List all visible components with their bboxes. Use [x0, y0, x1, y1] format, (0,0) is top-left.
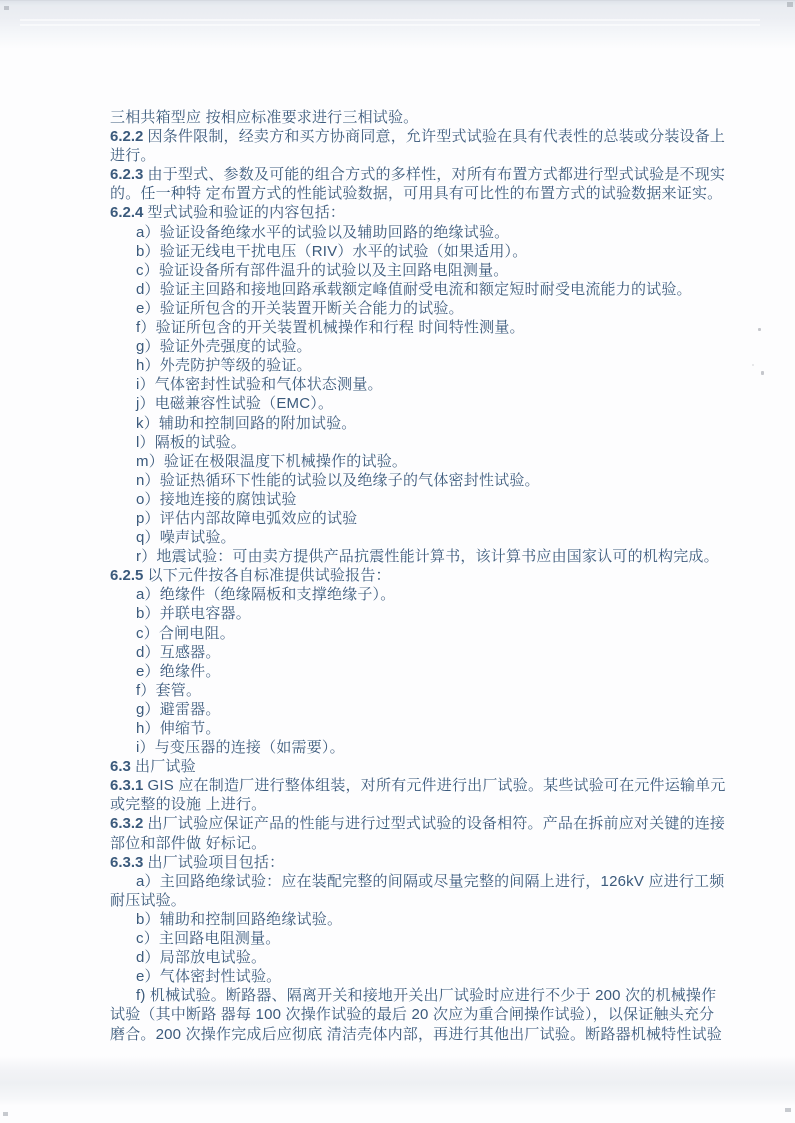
text-line: h）伸缩节。: [110, 719, 695, 738]
text-line: 试验（其中断路 器每 100 次操作试验的最后 20 次应为重合闸操作试验），以…: [110, 1005, 695, 1024]
text-line: a）主回路绝缘试验：应在装配完整的间隔或尽量完整的间隔上进行，126kV 应进行…: [110, 872, 695, 891]
text-line: 6.3 出厂试验: [110, 757, 695, 776]
scan-corner-mark-top-right: [787, 2, 793, 7]
text-line: i）与变压器的连接（如需要）。: [110, 738, 695, 757]
text-line: l）隔板的试验。: [110, 433, 695, 452]
text-line: k）辅助和控制回路的附加试验。: [110, 414, 695, 433]
text-line: e）绝缘件。: [110, 662, 695, 681]
clause-number: 6.3: [110, 758, 135, 775]
scan-speck: [752, 364, 754, 366]
text-line: 6.2.3 由于型式、参数及可能的组合方式的多样性，对所有布置方式都进行型式试验…: [110, 165, 695, 184]
text-line: e）气体密封性试验。: [110, 967, 695, 986]
text-line: b）并联电容器。: [110, 604, 695, 623]
text-line: 6.3.3 出厂试验项目包括：: [110, 853, 695, 872]
text-line: b）辅助和控制回路绝缘试验。: [110, 910, 695, 929]
text-line: d）验证主回路和接地回路承载额定峰值耐受电流和额定短时耐受电流能力的试验。: [110, 280, 695, 299]
text-line: 磨合。200 次操作完成后应彻底 清洁壳体内部，再进行其他出厂试验。断路器机械特…: [110, 1025, 695, 1044]
text-line: a）验证设备绝缘水平的试验以及辅助回路的绝缘试验。: [110, 223, 695, 242]
text-line: 耐压试验。: [110, 891, 695, 910]
clause-number: 6.2.5: [110, 567, 148, 584]
text-line: d）局部放电试验。: [110, 948, 695, 967]
text-line: c）主回路电阻测量。: [110, 929, 695, 948]
text-line: q）噪声试验。: [110, 528, 695, 547]
text-line: m）验证在极限温度下机械操作的试验。: [110, 452, 695, 471]
scan-shadow-bottom: [0, 1056, 795, 1106]
scan-shadow-top: [0, 0, 795, 49]
text-line: p）评估内部故障电弧效应的试验: [110, 509, 695, 528]
document-text-block: 三相共箱型应 按相应标准要求进行三相试验。6.2.2 因条件限制，经卖方和买方协…: [110, 108, 695, 1044]
text-line: f）验证所包含的开关装置机械操作和行程 时间特性测量。: [110, 318, 695, 337]
clause-number: 6.2.4: [110, 204, 148, 221]
clause-number: 6.2.3: [110, 166, 148, 183]
scan-speck: [761, 371, 764, 375]
scan-corner-mark-top-left: [4, 6, 9, 10]
text-line: j）电磁兼容性试验（EMC）。: [110, 394, 695, 413]
text-line: o）接地连接的腐蚀试验: [110, 490, 695, 509]
scanned-document-page: 三相共箱型应 按相应标准要求进行三相试验。6.2.2 因条件限制，经卖方和买方协…: [0, 0, 795, 1123]
text-line: g）避雷器。: [110, 700, 695, 719]
text-line: g）验证外壳强度的试验。: [110, 337, 695, 356]
text-line: 三相共箱型应 按相应标准要求进行三相试验。: [110, 108, 695, 127]
text-line: 6.2.5 以下元件按各自标准提供试验报告：: [110, 566, 695, 585]
scan-corner-mark-bottom-left: [3, 1112, 8, 1116]
text-line: c）合闸电阻。: [110, 624, 695, 643]
clause-number: 6.2.2: [110, 128, 148, 145]
text-line: r）地震试验：可由卖方提供产品抗震性能计算书，该计算书应由国家认可的机构完成。: [110, 547, 695, 566]
text-line: a）绝缘件（绝缘隔板和支撑绝缘子）。: [110, 585, 695, 604]
text-line: 6.2.2 因条件限制，经卖方和买方协商同意，允许型式试验在具有代表性的总装或分…: [110, 127, 695, 146]
text-line: i）气体密封性试验和气体状态测量。: [110, 375, 695, 394]
text-line: n）验证热循环下性能的试验以及绝缘子的气体密封性试验。: [110, 471, 695, 490]
text-line: 的。任一种特 定布置方式的性能试验数据，可用具有可比性的布置方式的试验数据来证实…: [110, 184, 695, 203]
clause-number: 6.3.3: [110, 854, 148, 871]
text-line: 6.2.4 型式试验和验证的内容包括：: [110, 203, 695, 222]
text-line: 部位和部件做 好标记。: [110, 834, 695, 853]
text-line: b）验证无线电干扰电压（RIV）水平的试验（如果适用）。: [110, 242, 695, 261]
text-line: 6.3.1 GIS 应在制造厂进行整体组装，对所有元件进行出厂试验。某些试验可在…: [110, 776, 695, 795]
scan-corner-mark-bottom-right: [785, 1108, 791, 1112]
text-line: e）验证所包含的开关装置开断关合能力的试验。: [110, 299, 695, 318]
clause-number: 6.3.2: [110, 815, 148, 832]
text-line: 进行。: [110, 146, 695, 165]
text-line: d）互感器。: [110, 643, 695, 662]
text-line: f) 机械试验。断路器、隔离开关和接地开关出厂试验时应进行不少于 200 次的机…: [110, 986, 695, 1005]
text-line: c）验证设备所有部件温升的试验以及主回路电阻测量。: [110, 261, 695, 280]
text-line: f）套管。: [110, 681, 695, 700]
text-line: 6.3.2 出厂试验应保证产品的性能与进行过型式试验的设备相符。产品在拆前应对关…: [110, 814, 695, 833]
scan-speck: [758, 328, 761, 331]
clause-number: 6.3.1: [110, 777, 148, 794]
text-line: 或完整的设施 上进行。: [110, 795, 695, 814]
text-line: h）外壳防护等级的验证。: [110, 356, 695, 375]
